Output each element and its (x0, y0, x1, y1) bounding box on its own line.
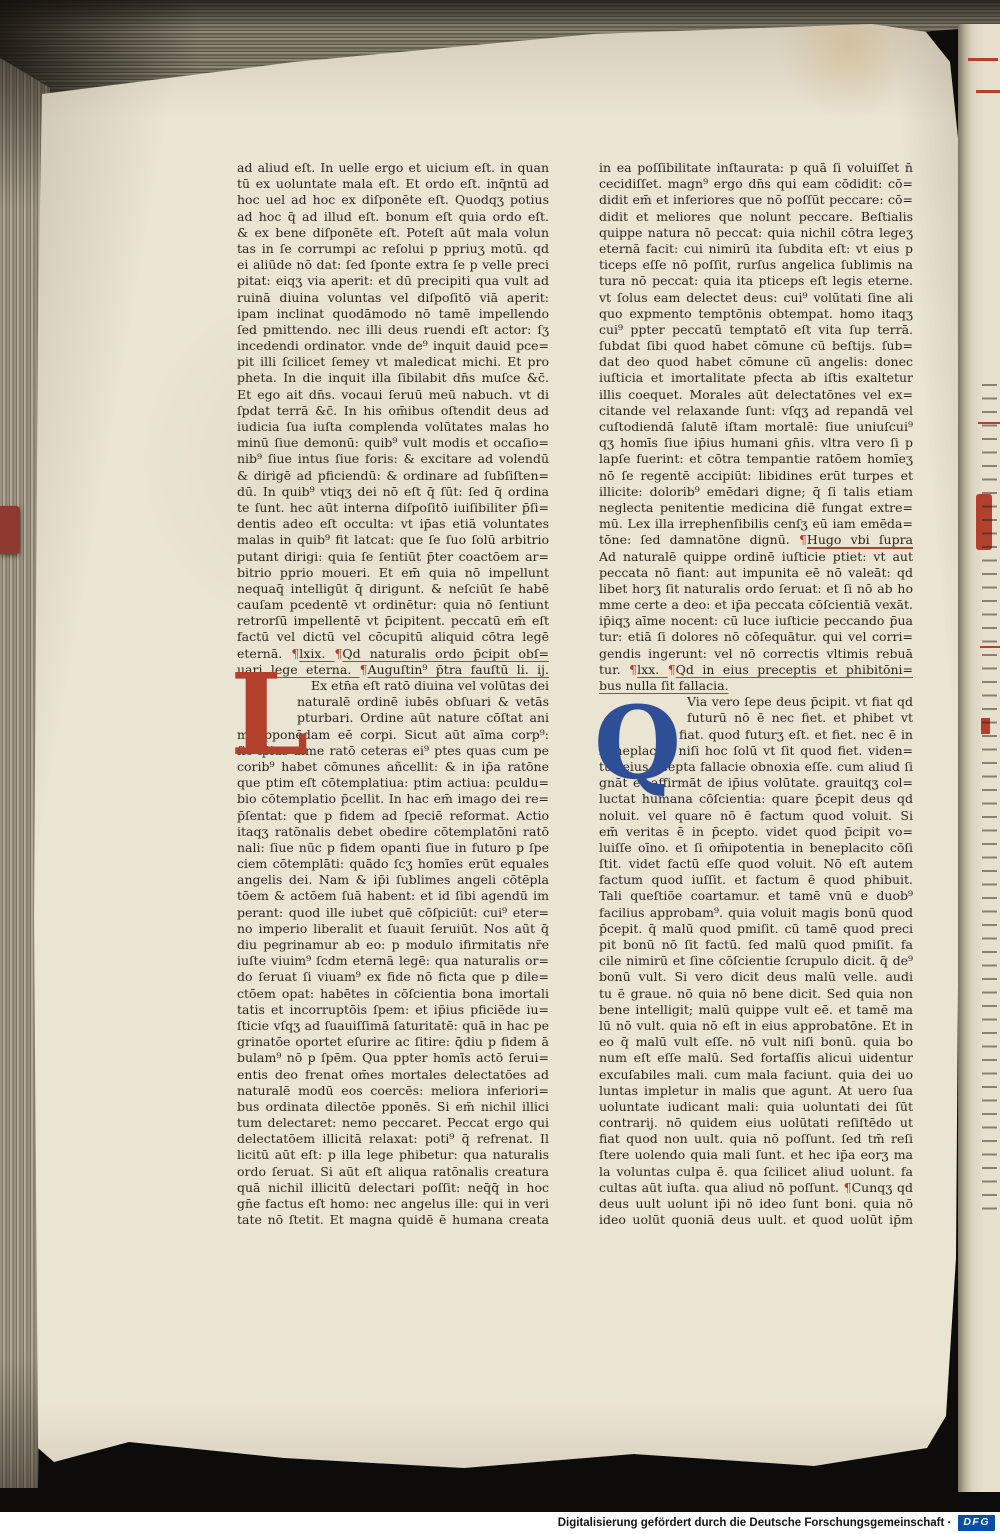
dfg-logo: DFG (958, 1515, 995, 1531)
text-line: Ad naturalē quippe ordinē iuſticie ptiet… (599, 549, 913, 565)
text-line: bulam⁹ nō p ſpēm. Qua ppter homīs actō ſ… (237, 1050, 549, 1066)
text-line: ſticie vſqʒ ad ſuauiſſimā ſaturitatē: qu… (237, 1018, 549, 1034)
text-line: la voluntas culpa ē. qua ſcilicet aliud … (599, 1164, 913, 1180)
text-line: tōem & actōem ſuā habent: et id ſibi age… (237, 888, 549, 904)
manuscript-page: ad aliud eſt. In uelle ergo et uicium eſ… (34, 18, 960, 1492)
text-line: pit illi ſcilicet ſemey vt maledicat mic… (237, 354, 549, 370)
text-line: deus uult uolunt ip̄i nō ideo ſunt boni.… (599, 1196, 913, 1212)
book-scan: ad aliud eſt. In uelle ergo et uicium eſ… (0, 0, 1000, 1534)
text-line: entis deo frenat om̄es mortales delectat… (237, 1067, 549, 1083)
text-line: excuſabiles mali. cum mala faciunt. quia… (599, 1067, 913, 1083)
text-line: bene intelligit; malū quippe vult eē. et… (599, 1002, 913, 1018)
leather-tab (0, 506, 20, 554)
text-line: fiat quod non uult. quia nō poſſunt. ſed… (599, 1131, 913, 1147)
text-line: tum delectaret: nemo peccaret. Peccat er… (237, 1115, 549, 1131)
text-line: Tali queſtiōe coartamur. et tamē vnū e d… (599, 888, 913, 904)
next-page-text-fragment (982, 384, 997, 1214)
text-line: ſed pmittendo. nec illi deus ruendi eſt … (237, 322, 549, 338)
text-line: dentis adeo eſt occulta: vt ip̄as etiā v… (237, 516, 549, 532)
text-line: p̄cepit. q̄ malū quod pmiſit. cū tamē qu… (599, 921, 913, 937)
text-line: ſtit. videt factū eſſe quod voluit. Nō e… (599, 856, 913, 872)
text-line: retrorſū impellentē vt p̄cipitent. pecca… (237, 613, 549, 629)
initial-L: L (230, 670, 309, 762)
text-line: ad hoc q̄ ad illud eſt. bonum eſt quia o… (237, 209, 549, 225)
text-line: itaqʒ ratōnalis debet obedire cōtemplatō… (237, 824, 549, 840)
text-line: perant: quod ille iubet quē cōſpiciūt: c… (237, 905, 549, 921)
text-line: tatis et incorruptōis ſpem: et ip̄ius pf… (237, 1002, 549, 1018)
text-line: mme certe a deo: et ip̄a peccata cōſcien… (599, 597, 913, 613)
text-line: quo expmento temptōnis obtempat. homo it… (599, 306, 913, 322)
text-line: tu ē graue. nō quia nō bene dicit. Sed q… (599, 986, 913, 1002)
next-page-rubric-fragment (968, 58, 998, 61)
text-line: gn̄e factus eſt homo: nec angelus ille: … (237, 1196, 549, 1212)
digitization-credit-bar: Digitalisierung gefördert durch die Deut… (0, 1512, 1000, 1534)
text-line: citande vel relaxande ſunt: vſqʒ ad repa… (599, 403, 913, 419)
text-line: hoc uel ad hoc ex diſponēte eſt. Quodqʒ … (237, 192, 549, 208)
text-line: diu pegrinamur ab eo: p modulo ifirmitat… (237, 937, 549, 953)
initial-Q: Q (594, 702, 681, 784)
text-line: tur. ¶lxx. ¶Qd in eius preceptis et phib… (599, 662, 913, 678)
text-line: illis coequet. Morales aūt delectatōnes … (599, 387, 913, 403)
text-line: cile nimirū et ſine cōſcientie ſcrupulo … (599, 953, 913, 969)
text-line: pheta. In die inquit illa ſibilabit dn̄s… (237, 370, 549, 386)
text-line: dat deo quod habet cōmune cū angelis: do… (599, 354, 913, 370)
text-line: ordo ſeruat. Si aūt eſt aliqua ratōnalis… (237, 1164, 549, 1180)
text-line: minū ſiue demonū: quib⁹ vult modis et oc… (237, 435, 549, 451)
text-line: do ſeruat ſi viuam⁹ ex fide nō ficta que… (237, 969, 549, 985)
text-line: licitū aūt eſt: p illa lege phibetur: qu… (237, 1147, 549, 1163)
text-line: tate nō ſtetit. Et magna quidē ē humana … (237, 1212, 549, 1228)
text-line: Et ego ait dn̄s. vocaui ſeruū meū nabuch… (237, 387, 549, 403)
text-line: ipam inclinat quodāmodo nō tamē impellen… (237, 306, 549, 322)
text-line: luntas impletur in malis que agunt. At u… (599, 1083, 913, 1099)
text-line: mū. Lex illa irrephenſibilis cenſʒ eū ia… (599, 516, 913, 532)
text-line: em̄ veritas ē in p̄cepto. videt quod p̄c… (599, 824, 913, 840)
text-line: ciem cōtemplāti: quādo ſcʒ homīes erūt e… (237, 856, 549, 872)
text-line: ſtere uolendo quia mali ſunt. et hec ip̄… (599, 1147, 913, 1163)
text-line: cuſtodiendā ſalutē iſtam mortalē: ſiue u… (599, 419, 913, 435)
text-line: iudicia ſua iuſta complenda volūtates ma… (237, 419, 549, 435)
text-line: pit bonū nō ſit factū. ſed malū quod pmi… (599, 937, 913, 953)
text-line: p̄ſentat: que p fidem ad ſpeciē reformat… (237, 808, 549, 824)
text-line: facilius approbam⁹. quia voluit magis bo… (599, 905, 913, 921)
text-line: & dirigē ad pficiendū: & ordinare ad ſub… (237, 468, 549, 484)
text-line: noluit. vel quare nō ē factum quod volui… (599, 808, 913, 824)
text-line: tū ex uoluntate mala eſt. Et ordo eſt. i… (237, 176, 549, 192)
text-line: in ea poſſibilitate inſtaurata: p quā ſi… (599, 160, 913, 176)
text-line: nequaq̄ intelligūt q̄ dirigunt. & neſciū… (237, 581, 549, 597)
text-line: & ex bene diſponēte eſt. Poteſt aūt mala… (237, 225, 549, 241)
text-line: didit et meliores que nolunt peccare. Be… (599, 209, 913, 225)
text-line: ei aliūde nō dat: ſed ſponte extra ſe p … (237, 257, 549, 273)
text-line: eo q̄ malū vult eſſe. nō vult niſi bonū.… (599, 1034, 913, 1050)
text-line: nali: ſiue nūc p fidem opanti ſiue in fu… (237, 840, 549, 856)
text-line: eternā facit: cui nimirū ita ſubdita eſt… (599, 241, 913, 257)
text-line: dū. In quib⁹ vtiqʒ dei nō eſt q̄ ſūt: ſe… (237, 484, 549, 500)
text-line: qʒ homīs ſiue ip̄ius humani gn̄is. vltra… (599, 435, 913, 451)
text-line: lapſe fuerint: et cōtra tempantie ratōem… (599, 451, 913, 467)
text-line: libet horʒ ſit naturalis ordo ſeruat: et… (599, 581, 913, 597)
text-line: num eſt eſſe malū. Sed fortaſſis alicui … (599, 1050, 913, 1066)
text-line: bio cōtemplatio p̄cellit. In hac em̄ ima… (237, 791, 549, 807)
text-line: nō ſe regentē accipiūt: libidines erūt t… (599, 468, 913, 484)
text-line: malas in quib⁹ fit latcat: que ſe ſuo ſo… (237, 532, 549, 548)
next-page-edge (958, 24, 1000, 1492)
text-line: incedendi ordinator. vnde de⁹ inquit dau… (237, 338, 549, 354)
text-line: tōne: ſed damnatōne dignū. ¶Hugo vbi ſup… (599, 532, 913, 548)
text-line: neglecta penitentie medicina diē fungat … (599, 500, 913, 516)
text-line: vt ſolus eam delectet deus: cui⁹ volūtat… (599, 290, 913, 306)
text-line: cultas aūt iuſta. qua aliud nō poſſunt. … (599, 1180, 913, 1196)
text-line: didit em̄ et inferiores que nō poſſūt pe… (599, 192, 913, 208)
text-line: grinatōe oportet eſurire ac ſitire: q̄di… (237, 1034, 549, 1050)
text-line: putant dirigi: quia ſe ſentiūt p̄ter coa… (237, 549, 549, 565)
text-line: bus ordinata dilectōe pponēs. Si em̄ nic… (237, 1099, 549, 1115)
text-line: tur: etiā ſi dolores nō cōſequātur. qui … (599, 629, 913, 645)
text-line: luiſſe oīno. et ſi om̄ipotentia in benep… (599, 840, 913, 856)
text-line: factum quod iuſſit. et factum ē quod phi… (599, 872, 913, 888)
text-line: nib⁹ ſiue intus ſiue foris: & excitare a… (237, 451, 549, 467)
text-line: ip̄iqʒ aīme nocent: cū luce iuſticie pec… (599, 613, 913, 629)
credit-text: Digitalisierung gefördert durch die Deut… (558, 1517, 952, 1529)
text-line: gendis ingerunt: vel nō correctis vltimi… (599, 646, 913, 662)
text-line: delectatōem illicitā relaxat: poti⁹ q̄ r… (237, 1131, 549, 1147)
text-line: ad aliud eſt. In uelle ergo et uicium eſ… (237, 160, 549, 176)
text-line: contrarij. nō quidem eius uolūtati reſiſ… (599, 1115, 913, 1131)
text-line: angelis dei. Nam & ip̄i ſublimes angeli … (237, 872, 549, 888)
text-line: iuſte viuim⁹ ſcdm eternā legē: qua natur… (237, 953, 549, 969)
text-line: cauſam pcedentē vt ordinētur: quia nō ſe… (237, 597, 549, 613)
text-line: pitat: eiqʒ via aperit: et dū precipiti … (237, 273, 549, 289)
text-line: ſpdat terrā &c̄. In his om̄ibus oſtendit… (237, 403, 549, 419)
text-line: tura nō peccat: quia ita pticeps eſt leg… (599, 273, 913, 289)
text-line: quippe natura nō peccat: quia nichil cōt… (599, 225, 913, 241)
text-line: bitrio pprio moueri. Et em̄ quia nō impe… (237, 565, 549, 581)
text-line: naturalē modū eos coercēs: meliora infer… (237, 1083, 549, 1099)
text-line: lū nō vult. quia nō eſt in eius approbat… (599, 1018, 913, 1034)
text-line: quā nichil illicitū delectari poſſit: ne… (237, 1180, 549, 1196)
text-line: peccata nō fiant: aut impunita eē nō val… (599, 565, 913, 581)
next-page-rubric-fragment (976, 90, 1000, 93)
text-line: cui⁹ ppter peccatū temptatō eſt vita ſup… (599, 322, 913, 338)
text-line: no imperio liberalit et ſuauit ſeruiūt. … (237, 921, 549, 937)
text-line: ideo uolūt quoniā deus uult. et quod uol… (599, 1212, 913, 1228)
text-line: cecidiſſet. magn⁹ ergo dn̄s qui eam cōdi… (599, 176, 913, 192)
text-line: bonū vult. Si vero dicit deus malū velle… (599, 969, 913, 985)
text-line: illicite: dolorib⁹ emēdari digne; q̄ ſi … (599, 484, 913, 500)
text-line: uoluntate iudicant mali: quia uoluntati … (599, 1099, 913, 1115)
text-line: ſubdat ſibi quod habet cōmune cū beſtijs… (599, 338, 913, 354)
text-line: iuſticia et imortalitate pfecta ab iſtis… (599, 370, 913, 386)
text-line: ticeps eſſe nō poſſit, rurſus angelica ſ… (599, 257, 913, 273)
text-line: tas in ſe corrumpi ac reſolui p ppriuʒ m… (237, 241, 549, 257)
text-line: ctōem opat: habētes in cōſcientia bona i… (237, 986, 549, 1002)
text-line: ruinā diuina voluntas vel diſpoſitō viā … (237, 290, 549, 306)
text-line: factū vel dictū vel cōcupitū aliquid cōt… (237, 629, 549, 645)
text-line: te ſunt. hec aūt interna diſpoſitō iuiſi… (237, 500, 549, 516)
